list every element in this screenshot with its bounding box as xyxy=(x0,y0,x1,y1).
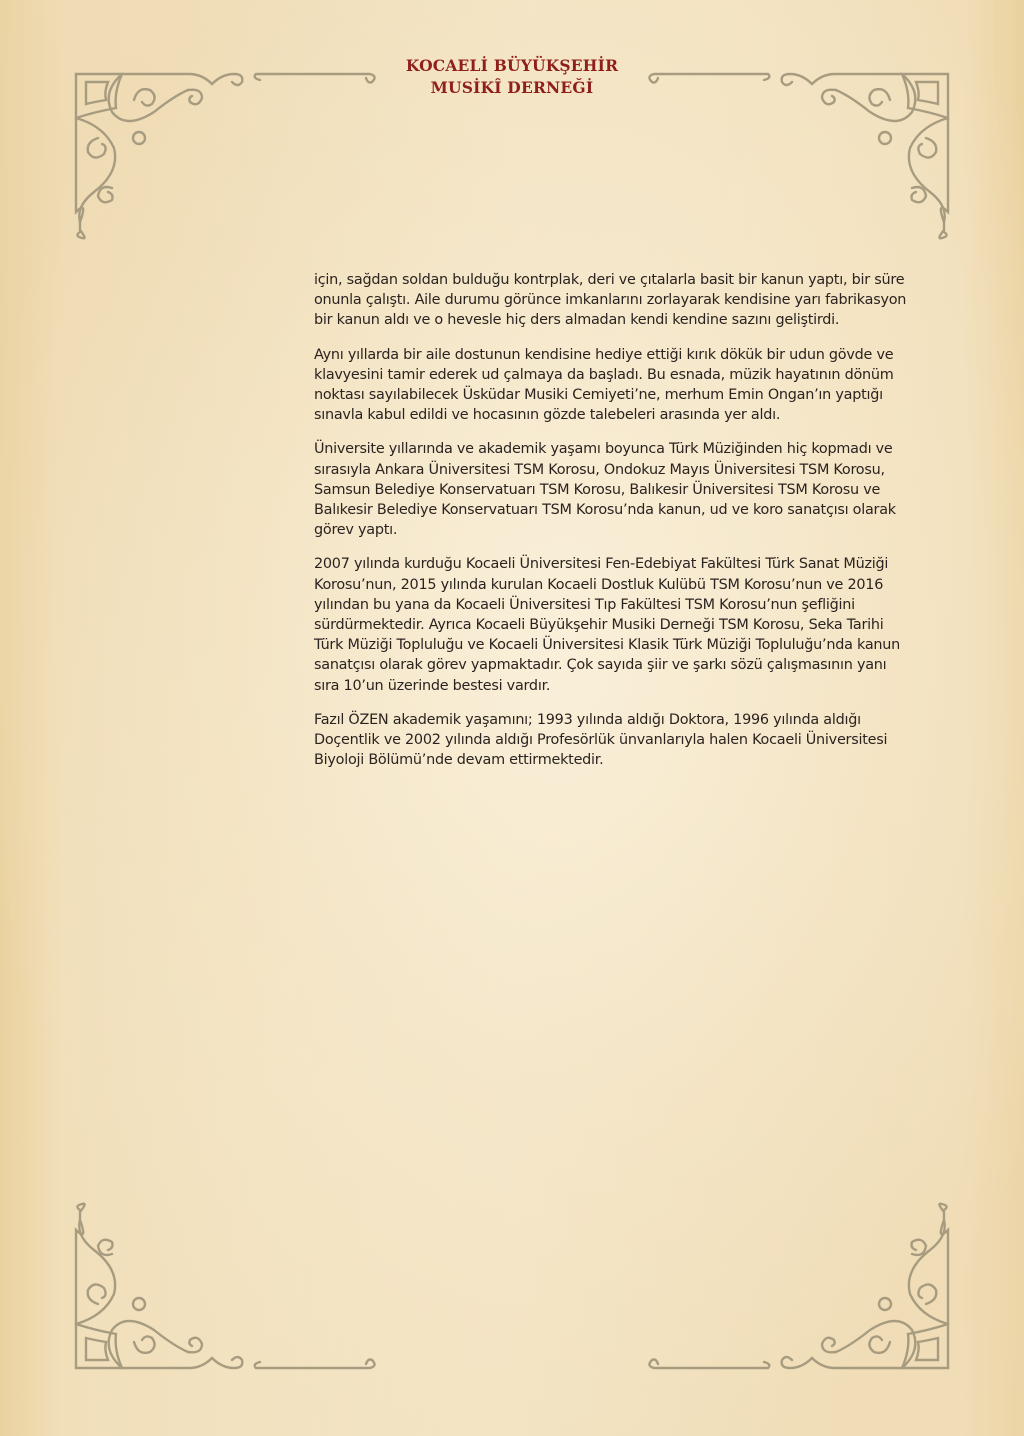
biography-text: için, sağdan soldan bulduğu kontrplak, d… xyxy=(314,270,914,784)
paragraph: 2007 yılında kurduğu Kocaeli Üniversites… xyxy=(314,554,914,695)
paragraph: Aynı yıllarda bir aile dostunun kendisin… xyxy=(314,345,914,426)
corner-flourish-bottom-left-icon xyxy=(74,1200,374,1370)
document-page: KOCAELİ BÜYÜKŞEHİR MUSİKÎ DERNEĞİ xyxy=(0,0,1024,1436)
paragraph: Fazıl ÖZEN akademik yaşamını; 1993 yılın… xyxy=(314,710,914,771)
paragraph: Üniversite yıllarında ve akademik yaşamı… xyxy=(314,439,914,540)
corner-flourish-top-left-icon xyxy=(74,72,374,242)
corner-flourish-bottom-right-icon xyxy=(640,1200,950,1370)
paragraph: için, sağdan soldan bulduğu kontrplak, d… xyxy=(314,270,914,331)
corner-flourish-top-right-icon xyxy=(640,72,950,242)
